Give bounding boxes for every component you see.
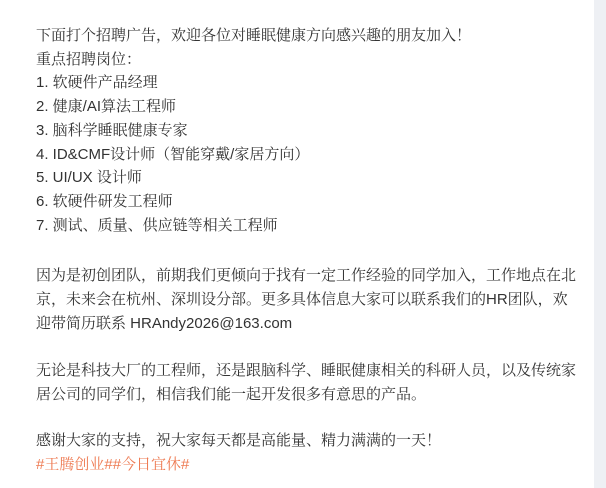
post-page: 下面打个招聘广告，欢迎各位对睡眠健康方向感兴趣的朋友加入！ 重点招聘岗位： 1.… xyxy=(0,0,606,488)
intro-line: 下面打个招聘广告，欢迎各位对睡眠健康方向感兴趣的朋友加入！ xyxy=(36,24,588,48)
position-item-2: 2. 健康/AI算法工程师 xyxy=(36,95,588,119)
audience-paragraph: 无论是科技大厂的工程师，还是跟脑科学、睡眠健康相关的科研人员，以及传统家 居公司… xyxy=(36,359,588,406)
closing-block: 感谢大家的支持，祝大家每天都是高能量、精力满满的一天！ #王腾创业##今日宜休# xyxy=(36,429,588,476)
scrollbar-track[interactable] xyxy=(594,0,606,488)
positions-heading: 重点招聘岗位： xyxy=(36,48,588,72)
position-item-5: 5. UI/UX 设计师 xyxy=(36,166,588,190)
thanks-line: 感谢大家的支持，祝大家每天都是高能量、精力满满的一天！ xyxy=(36,429,588,453)
hashtag-row: #王腾创业##今日宜休# xyxy=(36,453,588,477)
position-item-1: 1. 软硬件产品经理 xyxy=(36,71,588,95)
position-item-3: 3. 脑科学睡眠健康专家 xyxy=(36,119,588,143)
position-item-6: 6. 软硬件研发工程师 xyxy=(36,190,588,214)
position-item-7: 7. 测试、质量、供应链等相关工程师 xyxy=(36,214,588,238)
hashtag-link-jinri-yixiu[interactable]: #今日宜休# xyxy=(113,456,190,473)
hashtag-link-wangteng-chuangye[interactable]: #王腾创业# xyxy=(36,456,113,473)
team-paragraph: 因为是初创团队，前期我们更倾向于找有一定工作经验的同学加入，工作地点在北 京，未… xyxy=(36,264,588,335)
position-item-4: 4. ID&CMF设计师（智能穿戴/家居方向） xyxy=(36,143,588,167)
post-content: 下面打个招聘广告，欢迎各位对睡眠健康方向感兴趣的朋友加入！ 重点招聘岗位： 1.… xyxy=(36,24,588,476)
